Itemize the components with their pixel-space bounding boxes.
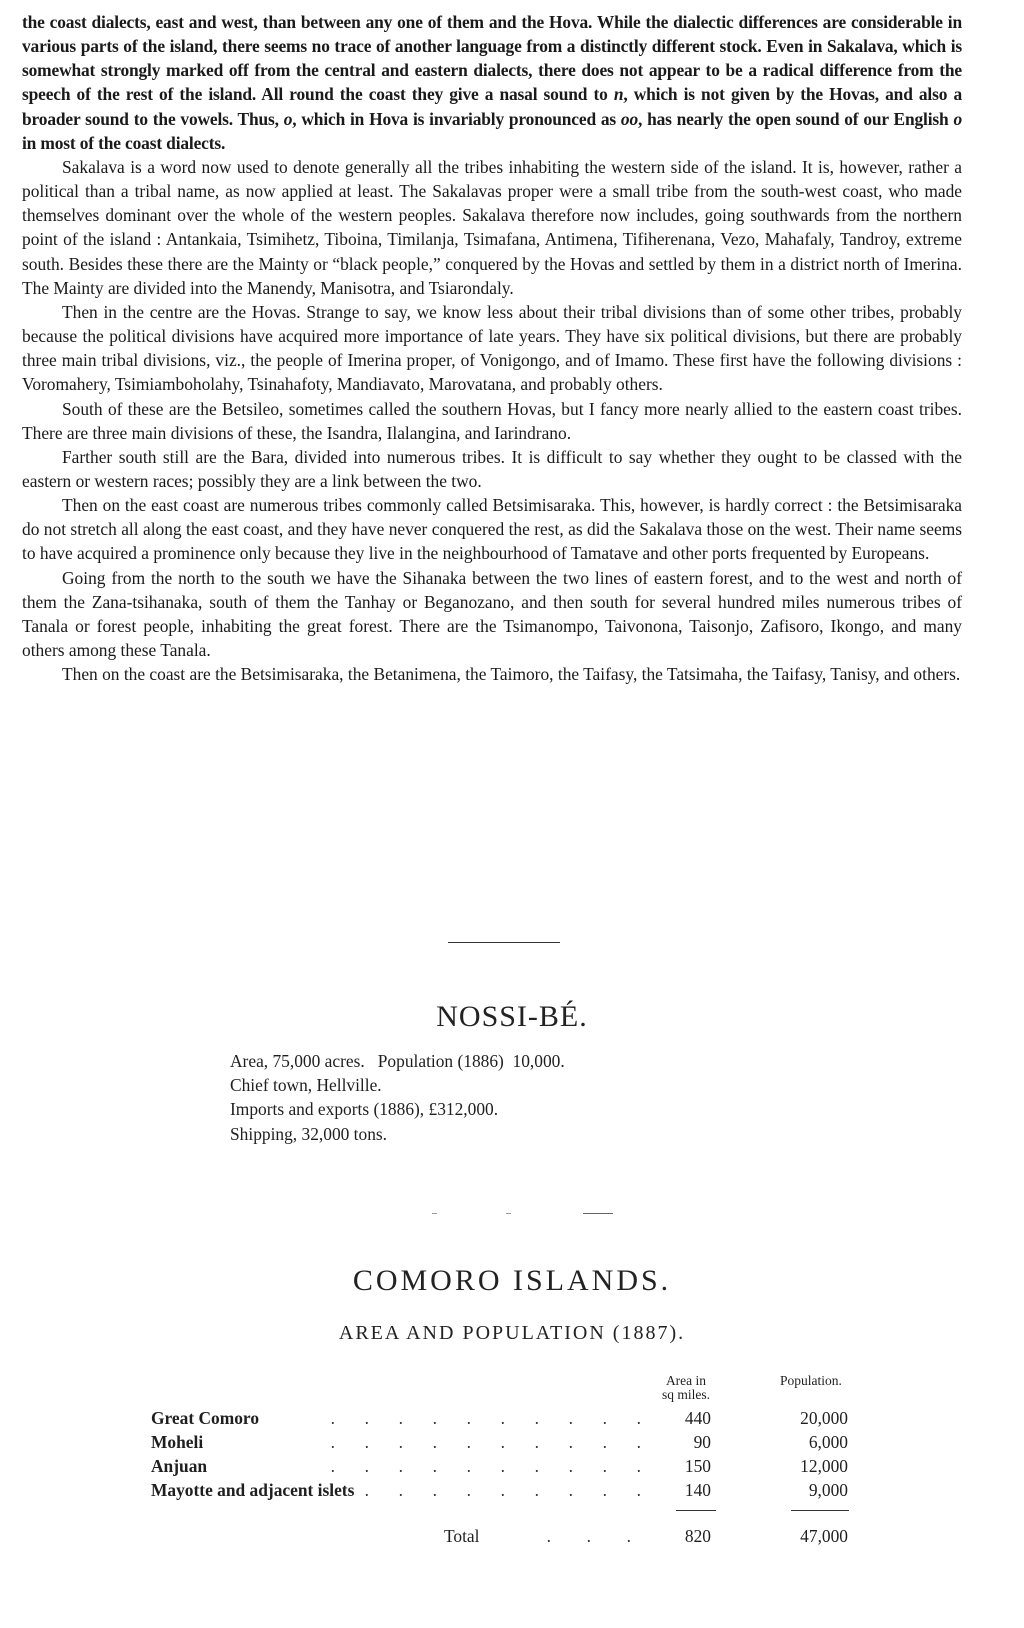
paragraph-dialects: the coast dialects, east and west, than … xyxy=(22,10,962,155)
total-population: 47,000 xyxy=(756,1524,848,1548)
fact-shipping: Shipping, 32,000 tons. xyxy=(230,1122,565,1146)
row-area: 140 xyxy=(641,1478,711,1502)
row-name: Mayotte and adjacent islets xyxy=(151,1478,360,1502)
table-total-row: Total ... 820 47,000 xyxy=(151,1524,871,1548)
column-header-area-line1: Area in xyxy=(641,1374,731,1388)
table-row: Great Comoro..........44020,000 xyxy=(151,1406,871,1430)
area-population-subheading: AREA AND POPULATION (1887). xyxy=(0,1322,1024,1345)
row-population: 12,000 xyxy=(756,1454,848,1478)
row-area: 440 xyxy=(641,1406,711,1430)
nossi-be-facts: Area, 75,000 acres. Population (1886) 10… xyxy=(230,1049,565,1146)
section-divider-dash-2 xyxy=(506,1213,511,1214)
paragraph-hovas: Then in the centre are the Hovas. Strang… xyxy=(22,300,962,397)
total-label: Total xyxy=(444,1524,480,1548)
table-row: Mayotte and adjacent islets..........140… xyxy=(151,1478,871,1502)
sum-rules xyxy=(151,1502,871,1524)
row-population: 9,000 xyxy=(756,1478,848,1502)
table-body: Great Comoro..........44020,000Moheli...… xyxy=(151,1406,871,1502)
fact-imports-exports: Imports and exports (1886), £312,000. xyxy=(230,1097,565,1121)
nossi-be-heading: NOSSI-BÉ. xyxy=(0,1000,1024,1034)
paragraph-bara: Farther south still are the Bara, divide… xyxy=(22,445,962,493)
section-divider-dash-3 xyxy=(583,1213,613,1214)
leader-dots: ... xyxy=(511,1524,641,1548)
leader-dots: .......... xyxy=(301,1454,641,1478)
total-area: 820 xyxy=(641,1524,711,1548)
document-page: the coast dialects, east and west, than … xyxy=(22,10,962,686)
paragraph-coast-tribes: Then on the coast are the Betsimisaraka,… xyxy=(22,662,962,686)
row-name: Anjuan xyxy=(151,1454,213,1478)
row-name: Great Comoro xyxy=(151,1406,265,1430)
leader-dots: .......... xyxy=(301,1406,641,1430)
row-population: 6,000 xyxy=(756,1430,848,1454)
column-header-area-line2: sq miles. xyxy=(641,1388,731,1402)
table-row: Moheli..........906,000 xyxy=(151,1430,871,1454)
section-divider-dash-1 xyxy=(432,1213,437,1214)
row-population: 20,000 xyxy=(756,1406,848,1430)
paragraph-sakalava: Sakalava is a word now used to denote ge… xyxy=(22,155,962,300)
sum-rule-population xyxy=(791,1510,849,1511)
leader-dots: .......... xyxy=(301,1430,641,1454)
column-header-area: Area in sq miles. xyxy=(641,1374,731,1402)
paragraph-forest-tribes: Going from the north to the south we hav… xyxy=(22,566,962,663)
comoro-heading: COMORO ISLANDS. xyxy=(0,1264,1024,1298)
paragraph-betsileo: South of these are the Betsileo, sometim… xyxy=(22,397,962,445)
fact-area-population: Area, 75,000 acres. Population (1886) 10… xyxy=(230,1049,565,1073)
row-name: Moheli xyxy=(151,1430,209,1454)
sum-rule-area xyxy=(676,1510,716,1511)
row-area: 90 xyxy=(641,1430,711,1454)
section-divider xyxy=(448,942,560,943)
comoro-population-table: Area in sq miles. Population. Great Como… xyxy=(151,1370,871,1548)
paragraph-betsimisaraka: Then on the east coast are numerous trib… xyxy=(22,493,962,565)
table-header: Area in sq miles. Population. xyxy=(151,1370,871,1406)
row-area: 150 xyxy=(641,1454,711,1478)
column-header-population: Population. xyxy=(756,1374,866,1388)
table-row: Anjuan..........15012,000 xyxy=(151,1454,871,1478)
fact-chief-town: Chief town, Hellville. xyxy=(230,1073,565,1097)
